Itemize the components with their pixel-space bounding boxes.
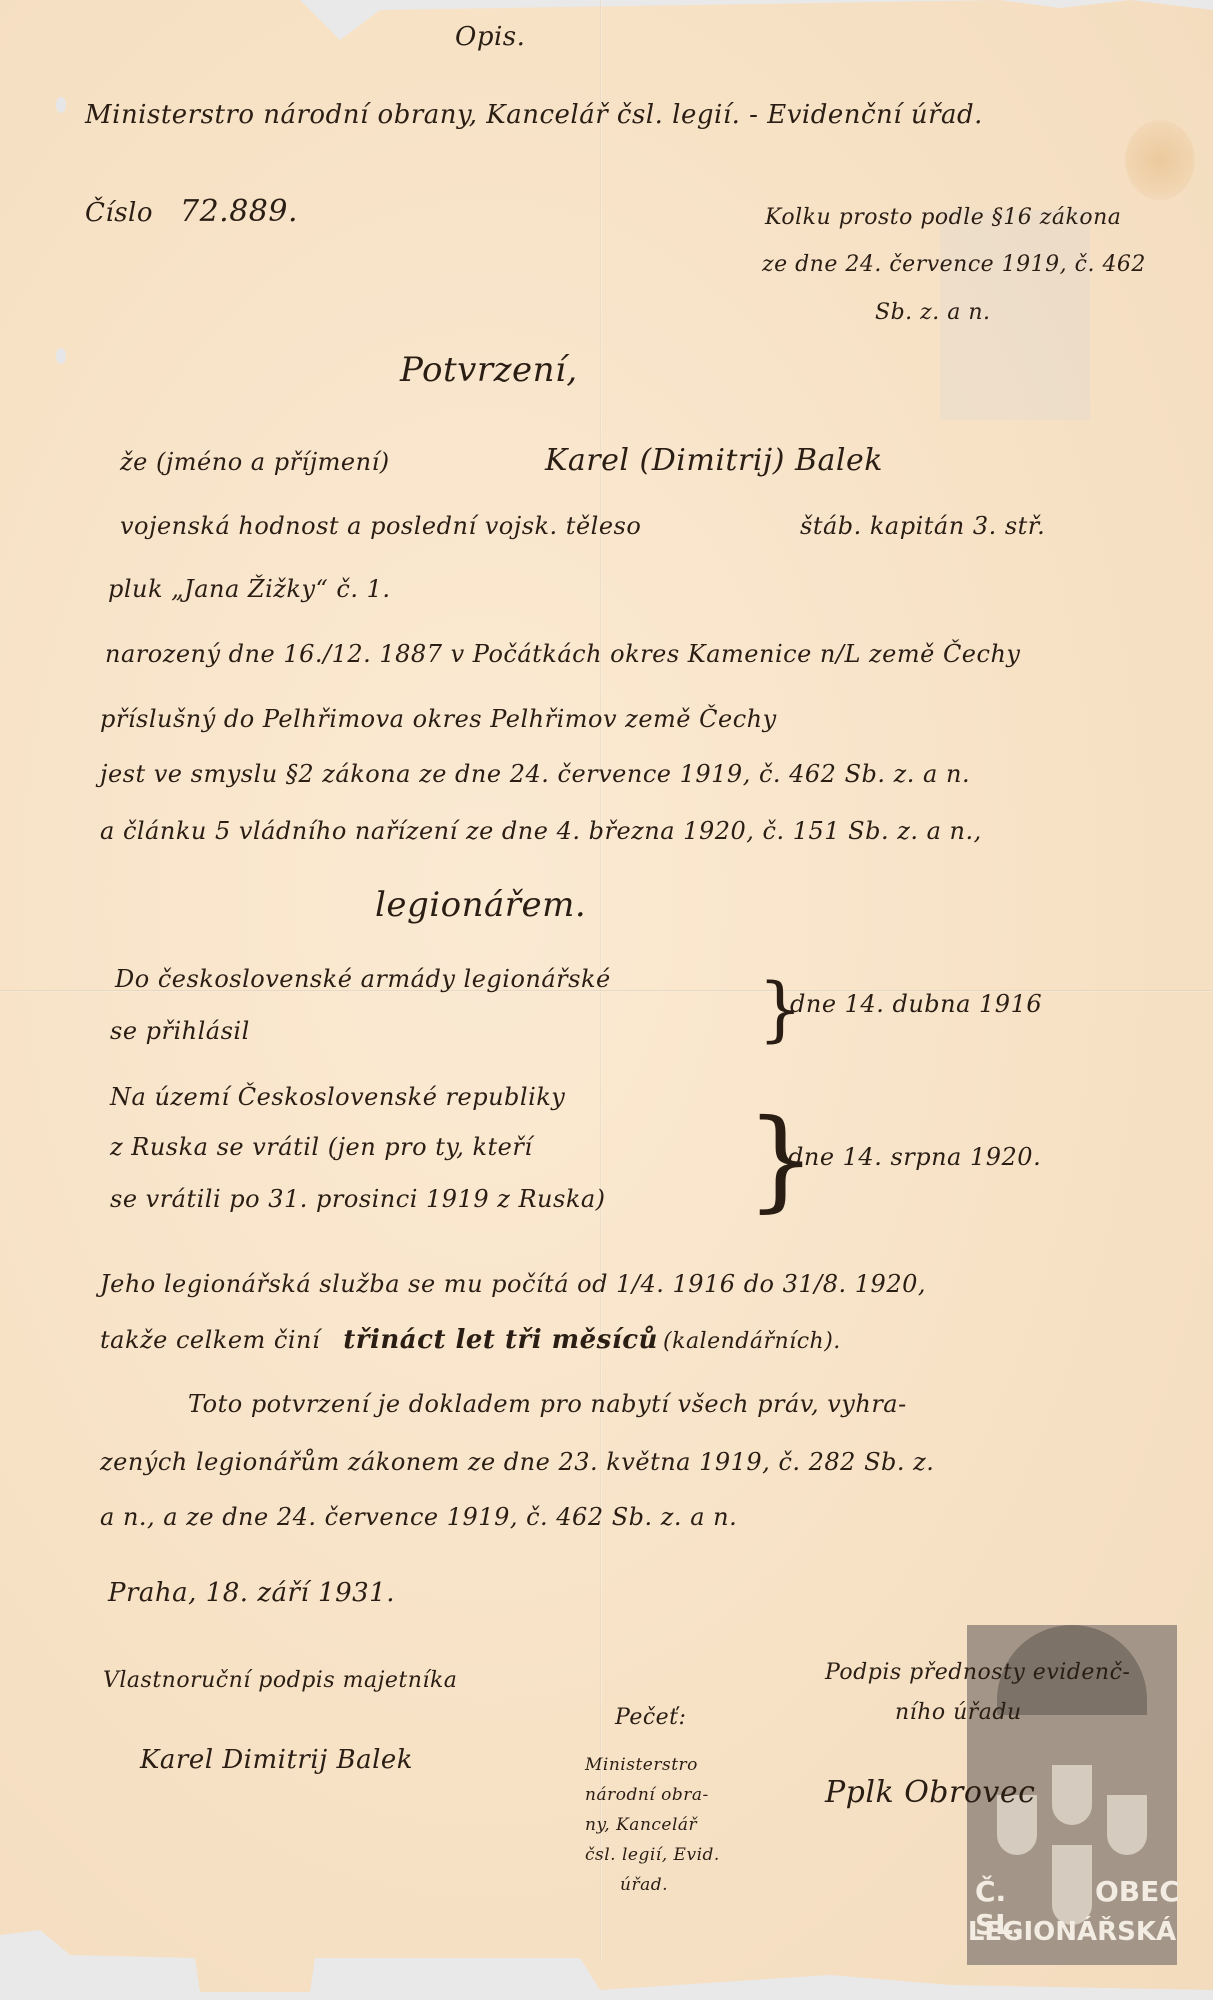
return-line-1: Na území Československé republiky (110, 1083, 565, 1111)
service-line-2: takže celkem činí třináct let tři měsíců… (100, 1325, 841, 1355)
domicile-line: příslušný do Pelhřimova okres Pelhřimov … (100, 705, 777, 733)
chief-signature: Pplk Obrovec (825, 1775, 1035, 1810)
rights-line-1: Toto potvrzení je dokladem pro nabytí vš… (188, 1390, 907, 1418)
rights-line-2: zených legionářům zákonem ze dne 23. kvě… (100, 1448, 934, 1476)
seal-text-1: Ministerstro (585, 1755, 698, 1775)
punch-hole (56, 97, 66, 113)
return-line-2: z Ruska se vrátil (jen pro ty, kteří (110, 1133, 533, 1161)
coat-of-arms-icon (1107, 1795, 1147, 1855)
seal-text-3: ny, Kancelář (585, 1815, 697, 1835)
chief-signature-label-1: Podpis přednosty evidenč- (825, 1660, 1130, 1685)
logo-text-legionarska: LEGIONÁŘSKÁ (967, 1917, 1177, 1947)
stamp-note-line-3: Sb. z. a n. (875, 300, 991, 325)
stamp-note-line-2: ze dne 24. července 1919, č. 462 (762, 252, 1146, 277)
enlist-line-2: se přihlásil (110, 1017, 250, 1045)
name-label: že (jméno a příjmení) (120, 448, 390, 476)
owner-signature: Karel Dimitrij Balek (140, 1745, 413, 1775)
service-duration: třináct let tři měsíců (343, 1325, 658, 1355)
document-title: Potvrzení, (400, 350, 578, 390)
law-line-2: a článku 5 vládního nařízení ze dne 4. b… (100, 817, 982, 845)
service-line-1: Jeho legionářská služba se mu počítá od … (100, 1270, 926, 1298)
coat-of-arms-icon (1052, 1765, 1092, 1825)
paper-stain (1125, 120, 1195, 200)
stamp-note-line-1: Kolku prosto podle §16 zákona (765, 205, 1121, 230)
return-line-3: se vrátili po 31. prosinci 1919 z Ruska) (110, 1185, 606, 1213)
rank-label: vojenská hodnost a poslední vojsk. těles… (120, 512, 641, 540)
document-heading: Opis. (455, 22, 525, 52)
seal-text-2: národní obra- (585, 1785, 709, 1805)
rank-value: štáb. kapitán 3. stř. (800, 512, 1045, 540)
number-value: 72.889. (180, 194, 298, 229)
law-line-1: jest ve smyslu §2 zákona ze dne 24. červ… (100, 760, 970, 788)
return-date: dne 14. srpna 1920. (788, 1143, 1041, 1171)
status-word: legionářem. (375, 885, 586, 925)
punch-hole (56, 348, 66, 364)
number-label: Číslo (85, 198, 153, 228)
seal-label: Pečeť: (615, 1705, 686, 1730)
enlist-line-1: Do československé armády legionářské (115, 965, 611, 993)
seal-text-4: čsl. legií, Evid. (585, 1845, 720, 1865)
place-date: Praha, 18. září 1931. (108, 1578, 395, 1608)
enlist-date: dne 14. dubna 1916 (790, 990, 1042, 1018)
owner-signature-label: Vlastnoruční podpis majetníka (103, 1668, 457, 1693)
office-line: Ministerstro národní obrany, Kancelář čs… (85, 100, 983, 130)
service-prefix: takže celkem činí (100, 1326, 320, 1354)
coat-of-arms-icon (1052, 1845, 1092, 1925)
name-value: Karel (Dimitrij) Balek (545, 443, 883, 478)
birth-line: narozený dne 16./12. 1887 v Počátkách ok… (105, 640, 1020, 668)
seal-text-5: úřad. (620, 1875, 668, 1895)
chief-signature-label-2: ního úřadu (895, 1700, 1022, 1725)
rights-line-3: a n., a ze dne 24. července 1919, č. 462… (100, 1503, 737, 1531)
service-suffix: (kalendářních). (663, 1329, 841, 1354)
regiment-value: pluk „Jana Žižky“ č. 1. (108, 575, 391, 603)
logo-text-obec: OBEC (1095, 1875, 1175, 1908)
